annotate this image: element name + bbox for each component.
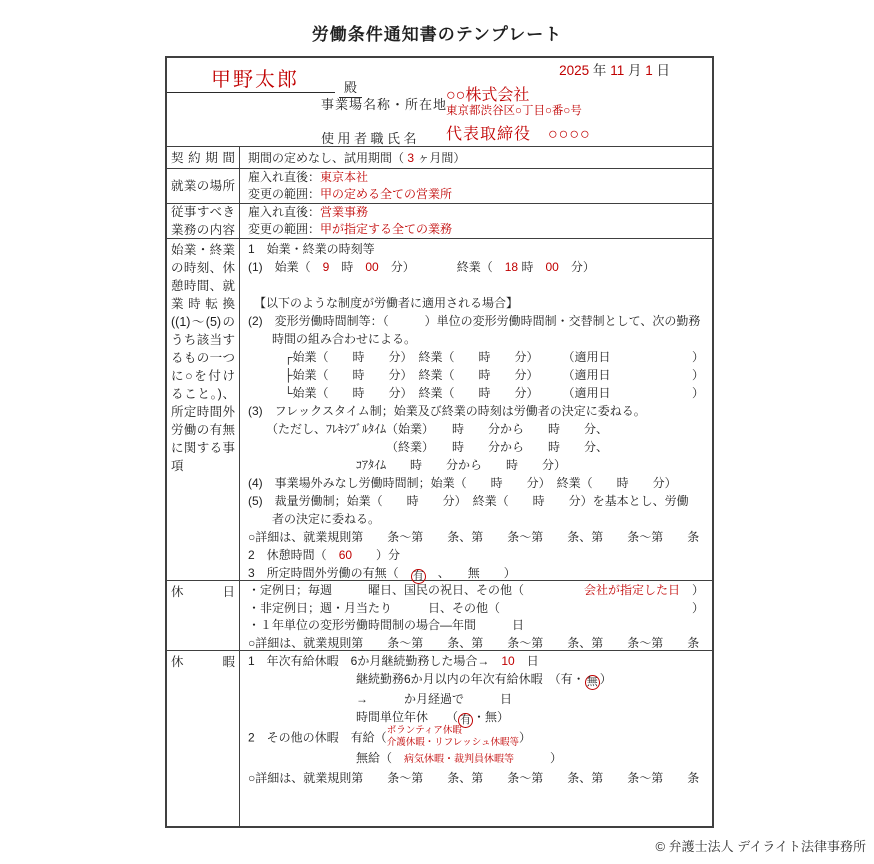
page-title: 労働条件通知書のテンプレート (0, 20, 874, 45)
content-line (248, 276, 708, 294)
issue-date: 2025 年 11 月 1 日 (559, 59, 670, 79)
content-line: 者の決定に委ねる。 (248, 510, 708, 528)
content-line: 1 年次有給休暇 6か月継続勤務した場合→ 10 日 (248, 652, 708, 670)
text-segment: ○詳細は、就業規則第 条～第 条、第 条～第 条、第 条～第 条 (248, 771, 699, 785)
text-segment: ├始業（ 時 分） 終業（ 時 分） （適用日 (248, 368, 611, 382)
row-content-holidays: ・定例日；毎週 曜日、国民の祝日、その他（ 会社が指定した日）・非定例日；週・月… (240, 581, 712, 650)
recipient-name: 甲野太郎 (211, 63, 299, 92)
stacked-note: ボランティア休暇介護休暇・リフレッシュ休暇等 (387, 725, 519, 749)
notice-rows: 契約期間期間の定めなし、試用期間（ 3 ヶ月間）就業の場所雇入れ直後：東京本社変… (167, 146, 712, 826)
content-line: 1 始業・終業の時刻等 (248, 240, 708, 258)
content-line: ├始業（ 時 分） 終業（ 時 分） （適用日） (248, 366, 708, 384)
circle-mark: 無 (585, 675, 600, 690)
text-segment: 2 休憩時間（ (248, 548, 339, 562)
text-segment: 時間の組み合わせによる。 (248, 332, 416, 346)
label-line: に関する事 (171, 439, 235, 457)
row-holidays: 休日・定例日；毎週 曜日、国民の祝日、その他（ 会社が指定した日）・非定例日；週… (167, 580, 712, 650)
text-segment: 雇入れ直後： (248, 205, 320, 219)
text-segment: (5) 裁量労働制；始業（ 時 分） 終業（ 時 分）を基本とし、労働 (248, 494, 689, 508)
text-segment: 時 (329, 260, 365, 274)
name-underline (167, 92, 335, 93)
label-line: 契約期間 (171, 149, 235, 167)
text-segment: 月 (624, 63, 645, 78)
content-line: 変更の範囲：甲が指定する全ての業務 (248, 221, 708, 238)
label-line: 所定時間外 (171, 403, 235, 421)
content-line: ○詳細は、就業規則第 条～第 条、第 条～第 条、第 条～第 条 (248, 635, 708, 653)
row-label-work-location: 就業の場所 (167, 169, 240, 203)
business-name-label: 事業場名称・所在地 (321, 94, 447, 113)
text-segment: 時 (518, 260, 545, 274)
label-line: に○を付け (171, 367, 235, 385)
row-duties: 従事すべき業務の内容雇入れ直後：営業事務変更の範囲：甲が指定する全ての業務 (167, 203, 712, 238)
content-line: 時間の組み合わせによる。 (248, 330, 708, 348)
row-label-work-hours: 始業・終業の時刻、休憩時間、就業時転換((1)～(5)のうち該当するもの一つに○… (167, 239, 240, 580)
row-label-contract-period: 契約期間 (167, 147, 240, 168)
label-line: 始業・終業 (171, 241, 235, 259)
content-line: 2 その他の休暇 有給（ボランティア休暇介護休暇・リフレッシュ休暇等） (248, 728, 708, 749)
text-segment: ） (600, 672, 612, 686)
label-line: 業務の内容 (171, 221, 235, 239)
content-line: （終業） 時 分から 時 分、 (248, 438, 708, 456)
text-segment: ┌始業（ 時 分） 終業（ 時 分） （適用日 (248, 350, 611, 364)
text-segment: 18 (505, 260, 518, 274)
text-segment: 60 (339, 548, 352, 562)
content-line: 2 休憩時間（ 60 ）分 (248, 546, 708, 564)
row-work-location: 就業の場所雇入れ直後：東京本社変更の範囲：甲の定める全ての営業所 (167, 168, 712, 203)
company-address: 東京都渋谷区○丁目○番○号 (446, 102, 582, 118)
text-segment: 東京本社 (320, 170, 368, 184)
text-segment: （ただし、ﾌﾚｷｼﾌﾞﾙﾀｲﾑ（始業） 時 分から 時 分、 (248, 422, 608, 436)
closing-paren: ） (692, 582, 704, 600)
label-line: 労働の有無 (171, 421, 235, 439)
text-segment: ）分 (352, 548, 400, 562)
content-line: ｺｱﾀｲﾑ 時 分から 時 分） (248, 456, 708, 474)
closing-paren: ） (692, 348, 704, 366)
label-line: ること。)、 (171, 385, 235, 403)
closing-paren: ） (692, 600, 704, 618)
content-line: 無給（ 病気休暇・裁判員休暇等 ） (248, 749, 708, 769)
content-line: 期間の定めなし、試用期間（ 3 ヶ月間） (248, 148, 708, 168)
text-segment: 、 無 ） (426, 566, 516, 580)
text-segment: 2 その他の休暇 有給（ (248, 731, 387, 745)
row-content-work-hours: 1 始業・終業の時刻等(1) 始業（ 9 時 00 分） 終業（ 18 時 00… (240, 239, 712, 580)
content-line: （ただし、ﾌﾚｷｼﾌﾞﾙﾀｲﾑ（始業） 時 分から 時 分、 (248, 420, 708, 438)
closing-paren: ） (692, 366, 704, 384)
content-line: ○詳細は、就業規則第 条～第 条、第 条～第 条、第 条～第 条 (248, 528, 708, 546)
text-segment: 10 (501, 654, 514, 668)
text-segment: → か月経過で 日 (248, 692, 512, 706)
content-line: → か月経過で 日 (248, 690, 708, 708)
label-line: ((1)～(5)の (171, 313, 235, 331)
label-line: 就業の場所 (171, 177, 235, 195)
text-segment: (3) フレックスタイム制；始業及び終業の時刻は労働者の決定に委ねる。 (248, 404, 646, 418)
row-content-duties: 雇入れ直後：営業事務変更の範囲：甲が指定する全ての業務 (240, 204, 712, 238)
text-segment: 甲が指定する全ての業務 (320, 222, 452, 236)
label-line: うち該当す (171, 331, 235, 349)
employer-name-label: 使用者職氏名 (321, 128, 420, 147)
text-segment: 日 (653, 63, 670, 78)
row-label-duties: 従事すべき業務の内容 (167, 204, 240, 238)
text-segment: 11 (610, 63, 624, 78)
content-line: 変更の範囲：甲の定める全ての営業所 (248, 186, 708, 203)
text-segment: 分） 終業（ (379, 260, 505, 274)
row-contract-period: 契約期間期間の定めなし、試用期間（ 3 ヶ月間） (167, 146, 712, 168)
content-line: (1) 始業（ 9 時 00 分） 終業（ 18 時 00 分） (248, 258, 708, 276)
content-line: (4) 事業場外みなし労働時間制；始業（ 時 分） 終業（ 時 分） (248, 474, 708, 492)
text-segment: 1 始業・終業の時刻等 (248, 242, 375, 256)
text-segment: (4) 事業場外みなし労働時間制；始業（ 時 分） 終業（ 時 分） (248, 476, 677, 490)
text-segment: ヶ月間） (414, 151, 465, 165)
content-line: (2) 変形労働時間制等：（ ）単位の変形労働時間制・交替制として、次の勤務 (248, 312, 708, 330)
label-line: 休暇 (171, 653, 235, 671)
text-segment: 【以下のような制度が労働者に適用される場合】 (248, 296, 518, 310)
text-segment: ○詳細は、就業規則第 条～第 条、第 条～第 条、第 条～第 条 (248, 530, 699, 544)
content-line: 雇入れ直後：営業事務 (248, 204, 708, 221)
content-line: 継続勤務6か月以内の年次有給休暇 （有・無） (248, 670, 708, 690)
text-segment: 会社が指定した日 (584, 583, 680, 597)
text-segment: ・１年単位の変形労働時間制の場合―年間 日 (248, 618, 524, 632)
text-segment: 営業事務 (320, 205, 368, 219)
text-segment: 2025 (559, 63, 589, 78)
text-segment: 変更の範囲： (248, 187, 320, 201)
row-label-holidays: 休日 (167, 581, 240, 650)
row-work-hours: 始業・終業の時刻、休憩時間、就業時転換((1)～(5)のうち該当するもの一つに○… (167, 238, 712, 580)
text-segment: 変更の範囲： (248, 222, 320, 236)
text-segment: ・無） (473, 710, 509, 724)
text-segment: 日 (515, 654, 539, 668)
text-segment: 無給（ (248, 751, 404, 765)
text-segment: 期間の定めなし、試用期間（ (248, 151, 407, 165)
text-segment: 病気休暇・裁判員休暇等 (404, 754, 514, 765)
closing-paren: ） (692, 384, 704, 402)
text-segment: ） (514, 751, 562, 765)
text-segment: 分） (559, 260, 595, 274)
text-segment: 00 (365, 260, 378, 274)
text-segment: 継続勤務6か月以内の年次有給休暇 （有・ (248, 672, 585, 686)
text-segment: ｺｱﾀｲﾑ 時 分から 時 分） (248, 458, 566, 472)
label-line: 業時転換 (171, 295, 235, 313)
content-line: 【以下のような制度が労働者に適用される場合】 (248, 294, 708, 312)
content-line: ○詳細は、就業規則第 条～第 条、第 条～第 条、第 条～第 条 (248, 769, 708, 787)
text-segment: 3 所定時間外労働の有無（ (248, 566, 411, 580)
label-line: るもの一つ (171, 349, 235, 367)
label-line: 休日 (171, 583, 235, 601)
text-segment: (1) 始業（ (248, 260, 323, 274)
content-line: ・非定例日；週・月当たり 日、その他（） (248, 600, 708, 618)
text-segment: └始業（ 時 分） 終業（ 時 分） （適用日 (248, 386, 611, 400)
text-segment: (2) 変形労働時間制等：（ ）単位の変形労働時間制・交替制として、次の勤務 (248, 314, 700, 328)
copyright: © 弁護士法人 デイライト法律事務所 (655, 836, 866, 855)
content-line: ┌始業（ 時 分） 終業（ 時 分） （適用日） (248, 348, 708, 366)
content-line: ・１年単位の変形労働時間制の場合―年間 日 (248, 617, 708, 635)
label-line: 従事すべき (171, 203, 235, 221)
text-segment: 1 (645, 63, 653, 78)
text-segment: 甲の定める全ての営業所 (320, 187, 452, 201)
notice-table: 2025 年 11 月 1 日 甲野太郎 殿 事業場名称・所在地 ○○株式会社 … (165, 56, 714, 828)
text-segment: ・非定例日；週・月当たり 日、その他（ (248, 601, 500, 615)
content-line: └始業（ 時 分） 終業（ 時 分） （適用日） (248, 384, 708, 402)
text-segment: 年 (589, 63, 610, 78)
content-line: 雇入れ直後：東京本社 (248, 169, 708, 186)
text-segment: ○詳細は、就業規則第 条～第 条、第 条～第 条、第 条～第 条 (248, 636, 699, 650)
text-segment: 者の決定に委ねる。 (248, 512, 380, 526)
row-content-leave: 1 年次有給休暇 6か月継続勤務した場合→ 10 日 継続勤務6か月以内の年次有… (240, 651, 712, 826)
text-segment: 00 (545, 260, 558, 274)
text-segment: （終業） 時 分から 時 分、 (248, 440, 608, 454)
row-leave: 休暇1 年次有給休暇 6か月継続勤務した場合→ 10 日 継続勤務6か月以内の年… (167, 650, 712, 826)
label-line: 項 (171, 457, 235, 475)
text-segment: ） (519, 731, 531, 745)
content-line: ・定例日；毎週 曜日、国民の祝日、その他（ 会社が指定した日） (248, 582, 708, 600)
representative-name: 代表取締役 ○○○○ (446, 121, 591, 144)
text-segment: 1 年次有給休暇 6か月継続勤務した場合→ (248, 654, 501, 668)
row-label-leave: 休暇 (167, 651, 240, 826)
label-line: 憩時間、就 (171, 277, 235, 295)
label-line: の時刻、休 (171, 259, 235, 277)
notice-header: 2025 年 11 月 1 日 甲野太郎 殿 事業場名称・所在地 ○○株式会社 … (167, 58, 712, 146)
text-segment: 時間単位年休 （ (248, 710, 458, 724)
content-line: (3) フレックスタイム制；始業及び終業の時刻は労働者の決定に委ねる。 (248, 402, 708, 420)
row-content-work-location: 雇入れ直後：東京本社変更の範囲：甲の定める全ての営業所 (240, 169, 712, 203)
text-segment: ・定例日；毎週 曜日、国民の祝日、その他（ (248, 583, 584, 597)
row-content-contract-period: 期間の定めなし、試用期間（ 3 ヶ月間） (240, 147, 712, 168)
text-segment: 雇入れ直後： (248, 170, 320, 184)
content-line: (5) 裁量労働制；始業（ 時 分） 終業（ 時 分）を基本とし、労働 (248, 492, 708, 510)
